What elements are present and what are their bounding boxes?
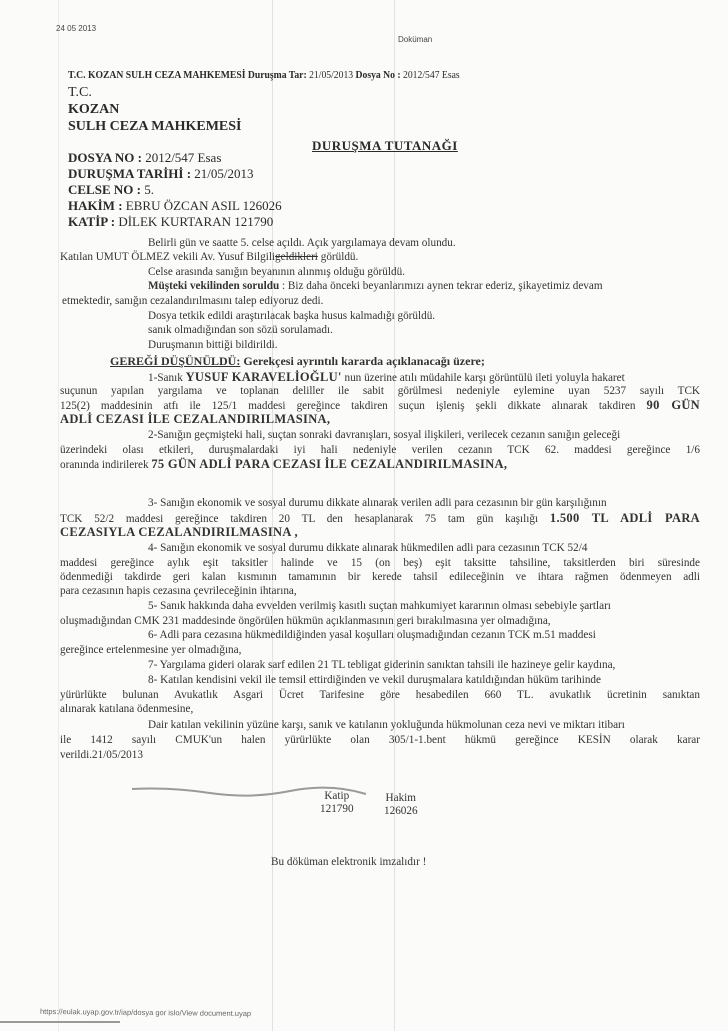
text: Katılan UMUT ÖLMEZ vekili Av. Yusuf Bilg… [60,251,275,263]
final-line: ile 1412 sayılı CMUK'un halen yürürlükte… [60,733,700,747]
scan-edge [0,1021,120,1023]
hearing-date-label: Duruşma Tar: [248,70,307,81]
verdict-line: gereğince ertelenmesine yer olmadığına, [60,643,241,657]
proceeding-line: sanık olmadığından son sözü sorulamadı. [148,323,333,337]
field-label: DURUŞMA TARİHİ : [68,166,191,181]
field-file-no: DOSYA NO : 2012/547 Esas [68,150,282,166]
text: TCK 52/2 maddesi gereğince takdiren 20 T… [60,513,550,525]
verdict-line: TCK 52/2 maddesi gereğince takdiren 20 T… [60,511,700,526]
bold-label: Müşteki vekilinden soruldu [148,280,279,292]
print-date: 24 05 2013 [56,24,96,33]
bold-text: 1.500 TL ADLİ PARA [550,511,700,525]
document-label: Doküman [398,35,432,44]
verdict-line: ödenmediği takdirde geri kalan kısmının … [60,570,700,584]
bold-text: 75 GÜN ADLİ PARA CEZASI İLE CEZALANDIRIL… [151,457,507,471]
verdict-line: alınarak katılana ödenmesine, [60,702,193,716]
judge-label: Hakim [384,792,418,805]
bold-text: 90 GÜN [647,398,700,412]
verdict-line: ADLİ CEZASI İLE CEZALANDIRILMASINA, [60,412,330,426]
field-label: DOSYA NO : [68,150,142,165]
verdict-line: 5- Sanık hakkında daha evvelden verilmiş… [148,599,611,613]
field-label: HAKİM : [68,198,123,213]
proceeding-line: Belirli gün ve saatte 5. celse açıldı. A… [148,236,456,250]
proceeding-line: etmektedir, sanığın cezalandırılmasını t… [62,294,323,308]
text: nun üzerine atılı müdahile karşı görüntü… [342,372,625,384]
text: oranında indirilerek [60,459,151,471]
court-line: T.C. [68,84,241,101]
verdict-heading: GEREĞİ DÜŞÜNÜLDÜ: [110,354,240,368]
verdict-line: yürürlükte bulunan Avukatlık Asgari Ücre… [60,688,700,702]
footer-url: https://eulak.uyap.gov.tr/iap/dosya gor … [40,1007,251,1018]
case-fields: DOSYA NO : 2012/547 Esas DURUŞMA TARİHİ … [68,150,282,230]
court-line: KOZAN [68,101,241,118]
proceeding-line: Katılan UMUT ÖLMEZ vekili Av. Yusuf Bilg… [60,250,358,264]
header-court: T.C. KOZAN SULH CEZA MAHKEMESİ [68,70,245,81]
court-block: T.C. KOZAN SULH CEZA MAHKEMESİ [68,84,241,135]
file-no: 2012/547 Esas [403,70,460,81]
defendant-name: YUSUF KARAVELİOĞLU' [186,370,342,384]
verdict-line: CEZASIYLA CEZALANDIRILMASINA , [60,525,298,539]
clerk-label: Katip [320,790,354,803]
verdict-line: 6- Adli para cezasına hükmedildiğinden y… [148,628,596,642]
proceeding-line: Celse arasında sanığın beyanının alınmış… [148,265,405,279]
clerk-no: 121790 [320,803,354,816]
field-hearing-date: DURUŞMA TARİHİ : 21/05/2013 [68,166,282,182]
verdict-line: 3- Sanığın ekonomik ve sosyal durumu dik… [148,496,607,510]
field-judge: HAKİM : EBRU ÖZCAN ASIL 126026 [68,198,282,214]
field-value: 5. [144,182,154,197]
judge-signature: Hakim 126026 [384,792,418,818]
verdict-line: 125(2) maddesinin atfı ile 125/1 maddesi… [60,398,700,413]
file-no-label: Dosya No : [356,70,401,81]
text: 1-Sanık [148,372,186,384]
proceeding-line: Müşteki vekilinden soruldu : Biz daha ön… [148,279,603,293]
text: görüldü. [318,251,358,263]
field-label: CELSE NO : [68,182,141,197]
field-label: KATİP : [68,214,115,229]
field-value: 21/05/2013 [194,166,253,181]
verdict-line: 7- Yargılama gideri olarak sarf edilen 2… [148,658,615,672]
verdict-line: 8- Katılan kendisini vekil ile temsil et… [148,673,601,687]
text: 125(2) maddesinin atfı ile 125/1 maddesi… [60,400,647,412]
court-line: SULH CEZA MAHKEMESİ [68,118,241,135]
header-line: T.C. KOZAN SULH CEZA MAHKEMESİ Duruşma T… [68,70,460,81]
field-clerk: KATİP : DİLEK KURTARAN 121790 [68,214,282,230]
verdict-line: suçunun yapılan yargılama ve toplanan de… [60,384,700,398]
field-value: EBRU ÖZCAN ASIL 126026 [126,198,282,213]
e-signature-note: Bu döküman elektronik imzalıdır ! [271,855,426,869]
verdict-line: 2-Sanığın geçmişteki hali, suçtan sonrak… [148,428,620,442]
verdict-line: oranında indirilerek 75 GÜN ADLİ PARA CE… [60,457,507,472]
verdict-line: maddesi gereğince aylık eşit taksitler h… [60,556,700,570]
page-title: DURUŞMA TUTANAĞI [312,138,458,154]
judge-no: 126026 [384,805,418,818]
verdict-line: 4- Sanığın ekonomik ve sosyal durumu dik… [148,541,587,555]
final-line: Dair katılan vekilinin yüzüne karşı, san… [148,718,625,732]
struck-text: geldikleri [275,251,318,263]
field-value: DİLEK KURTARAN 121790 [118,214,273,229]
verdict-line: oluşmadığından CMK 231 maddesinde öngörü… [60,614,551,628]
verdict-intro: Gerekçesi ayrıntılı kararda açıklanacağı… [240,354,485,368]
verdict-line: para cezasının hapis cezasına çevrileceğ… [60,584,297,598]
hearing-date: 21/05/2013 [309,70,353,81]
final-line: verildi.21/05/2013 [60,748,143,762]
verdict-line: 1-Sanık YUSUF KARAVELİOĞLU' nun üzerine … [148,370,625,385]
verdict-line: üzerindeki olası etkileri, duruşmalardak… [60,443,700,457]
proceeding-line: Duruşmanın bittiği bildirildi. [148,338,278,352]
proceeding-line: Dosya tetkik edildi araştırılacak başka … [148,309,435,323]
text: : Biz daha önceki beyanlarımızı aynen te… [279,280,602,292]
field-value: 2012/547 Esas [145,150,221,165]
scan-fold-line [58,0,59,1031]
field-session-no: CELSE NO : 5. [68,182,282,198]
clerk-signature: Katip 121790 [320,790,354,816]
verdict-heading-line: GEREĞİ DÜŞÜNÜLDÜ: Gerekçesi ayrıntılı ka… [110,354,485,369]
